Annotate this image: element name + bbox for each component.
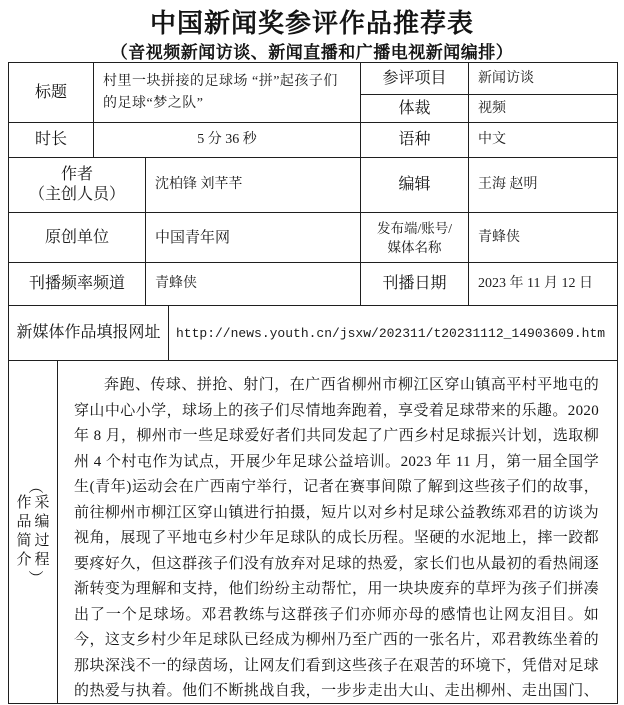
page-subtitle: （音视频新闻访谈、新闻直播和广播电视新闻编排） bbox=[0, 38, 624, 63]
field-label-broadcast-date: 刊播日期 bbox=[361, 263, 469, 306]
row-genre: 体裁 视频 bbox=[361, 95, 618, 123]
field-value-original-unit: 中国青年网 bbox=[146, 213, 361, 263]
field-value-title: 村里一块拼接的足球场 “拼”起孩子们的足球“梦之队” bbox=[94, 63, 361, 123]
field-label-publish-account: 发布端/账号/ 媒体名称 bbox=[361, 213, 469, 263]
row-channel-date: 刊播频率频道 青蜂侠 刊播日期 2023 年 11 月 12 日 bbox=[9, 263, 618, 306]
form-table: 标题 村里一块拼接的足球场 “拼”起孩子们的足球“梦之队” 参评项目 新闻访谈 … bbox=[8, 62, 618, 704]
field-label-editor: 编辑 bbox=[361, 158, 469, 213]
field-label-author: 作者 （主创人员） bbox=[9, 158, 146, 213]
field-label-title: 标题 bbox=[9, 63, 94, 123]
row-duration-language: 时长 5 分 36 秒 语种 中文 bbox=[9, 123, 618, 158]
field-label-duration: 时长 bbox=[9, 123, 94, 158]
field-value-language: 中文 bbox=[469, 123, 618, 158]
field-label-broadcast-channel: 刊播频率频道 bbox=[9, 263, 146, 306]
vertical-open-paren: （ bbox=[26, 479, 41, 495]
field-label-original-unit: 原创单位 bbox=[9, 213, 146, 263]
field-value-editor: 王海 赵明 bbox=[469, 158, 618, 213]
field-label-submission-url: 新媒体作品填报网址 bbox=[9, 306, 169, 361]
field-value-duration: 5 分 36 秒 bbox=[94, 123, 361, 158]
vertical-label-pair: 介程 bbox=[13, 551, 52, 570]
row-submission-url: 新媒体作品填报网址 http://news.youth.cn/jsxw/2023… bbox=[9, 306, 618, 361]
field-value-publish-account: 青蜂侠 bbox=[469, 213, 618, 263]
row-entry-category: 参评项目 新闻访谈 bbox=[361, 63, 618, 95]
field-value-submission-url: http://news.youth.cn/jsxw/202311/t202311… bbox=[169, 306, 618, 361]
recommendation-form-document: 中国新闻奖参评作品推荐表 （音视频新闻访谈、新闻直播和广播电视新闻编排） 标题 … bbox=[0, 0, 624, 705]
field-value-broadcast-channel: 青蜂侠 bbox=[146, 263, 361, 306]
field-value-broadcast-date: 2023 年 11 月 12 日 bbox=[469, 263, 618, 306]
field-label-intro-vertical: （ 作采 品编 简过 介程 ） bbox=[9, 361, 58, 704]
vertical-label-pair: 品编 bbox=[13, 513, 52, 532]
field-value-entry-category: 新闻访谈 bbox=[469, 63, 618, 95]
field-value-intro-text: 奔跑、传球、拼抢、射门，在广西省柳州市柳江区穿山镇高平村平地屯的穿山中心小学，球… bbox=[58, 361, 618, 704]
field-value-author: 沈柏锋 刘芊芊 bbox=[146, 158, 361, 213]
field-label-genre: 体裁 bbox=[361, 95, 469, 123]
vertical-label-pair: 作采 bbox=[13, 494, 52, 513]
vertical-label-pair: 简过 bbox=[13, 532, 52, 551]
row-author-editor: 作者 （主创人员） 沈柏锋 刘芊芊 编辑 王海 赵明 bbox=[9, 158, 618, 213]
title-right-subcolumn: 参评项目 新闻访谈 体裁 视频 bbox=[361, 63, 618, 123]
page-title: 中国新闻奖参评作品推荐表 bbox=[0, 3, 624, 40]
field-label-language: 语种 bbox=[361, 123, 469, 158]
vertical-close-paren: ） bbox=[26, 570, 41, 586]
field-value-genre: 视频 bbox=[469, 95, 618, 123]
row-intro: （ 作采 品编 简过 介程 ） 奔跑、传球、拼抢、射门，在广西省柳州市柳江区穿山… bbox=[9, 361, 618, 704]
row-title: 标题 村里一块拼接的足球场 “拼”起孩子们的足球“梦之队” 参评项目 新闻访谈 … bbox=[9, 63, 618, 123]
field-label-entry-category: 参评项目 bbox=[361, 63, 469, 95]
row-original-unit-account: 原创单位 中国青年网 发布端/账号/ 媒体名称 青蜂侠 bbox=[9, 213, 618, 263]
